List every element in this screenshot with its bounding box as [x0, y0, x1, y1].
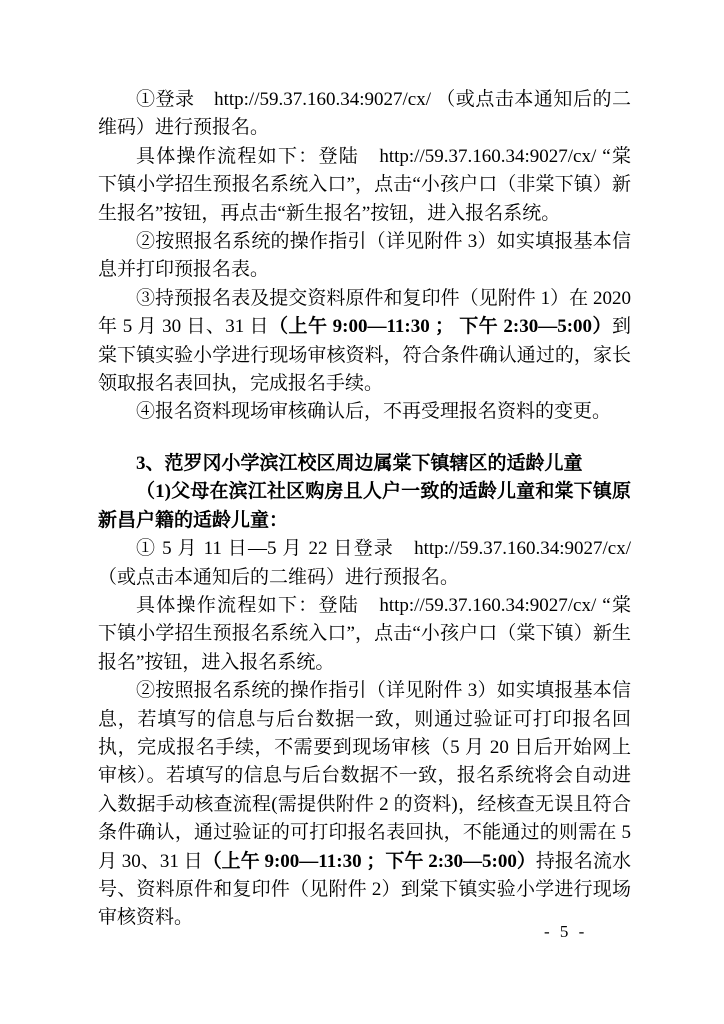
paragraph-sec3-step1-login: ① 5 月 11 日—5 月 22 日登录 http://59.37.160.3…: [98, 535, 631, 592]
page-number: - 5 -: [544, 922, 587, 942]
paragraph-sec2-step4-no-changes: ④报名资料现场审核确认后，不再受理报名资料的变更。: [98, 398, 631, 426]
text-segment: ④报名资料现场审核确认后，不再受理报名资料的变更。: [136, 401, 611, 422]
document-body: ①登录 http://59.37.160.34:9027/cx/ （或点击本通知…: [98, 86, 631, 933]
text-segment: 具体操作流程如下：登陆 http://59.37.160.34:9027/cx/…: [98, 146, 631, 224]
paragraph-sec2-procedure: 具体操作流程如下：登陆 http://59.37.160.34:9027/cx/…: [98, 143, 631, 228]
paragraph-sec3-procedure: 具体操作流程如下：登陆 http://59.37.160.34:9027/cx/…: [98, 592, 631, 677]
text-segment: ① 5 月 11 日—5 月 22 日登录 http://59.37.160.3…: [98, 538, 631, 587]
text-segment: ②按照报名系统的操作指引（详见附件 3）如实填报基本信息并打印预报名表。: [98, 231, 631, 280]
text-segment: ②按照报名系统的操作指引（详见附件 3）如实填报基本信息，若填写的信息与后台数据…: [98, 680, 631, 871]
document-page: ①登录 http://59.37.160.34:9027/cx/ （或点击本通知…: [0, 0, 724, 1024]
subheading-text: （1)父母在滨江社区购房且人户一致的适龄儿童和棠下镇原新昌户籍的适龄儿童：: [98, 481, 631, 530]
bold-time-range: （上午 9:00—11:30 ；下午 2:30—5:00）: [203, 851, 536, 872]
paragraph-sec2-step2-fill-info: ②按照报名系统的操作指引（详见附件 3）如实填报基本信息并打印预报名表。: [98, 228, 631, 285]
text-segment: ①登录 http://59.37.160.34:9027/cx/ （或点击本通知…: [98, 89, 631, 138]
paragraph-sec3-step2-verification: ②按照报名系统的操作指引（详见附件 3）如实填报基本信息，若填写的信息与后台数据…: [98, 677, 631, 933]
heading-text: 3、范罗冈小学滨江校区周边属棠下镇辖区的适龄儿童: [136, 453, 583, 474]
text-segment: 具体操作流程如下：登陆 http://59.37.160.34:9027/cx/…: [98, 595, 631, 673]
section3-subheading: （1)父母在滨江社区购房且人户一致的适龄儿童和棠下镇原新昌户籍的适龄儿童：: [98, 478, 631, 535]
bold-time-range: （上午 9:00—11:30 ； 下午 2:30—5:00）: [269, 316, 612, 337]
paragraph-sec2-step3-onsite-review: ③持预报名表及提交资料原件和复印件（见附件 1）在 2020 年 5 月 30 …: [98, 285, 631, 399]
paragraph-sec2-step1-login: ①登录 http://59.37.160.34:9027/cx/ （或点击本通知…: [98, 86, 631, 143]
section3-heading: 3、范罗冈小学滨江校区周边属棠下镇辖区的适龄儿童: [98, 450, 631, 478]
